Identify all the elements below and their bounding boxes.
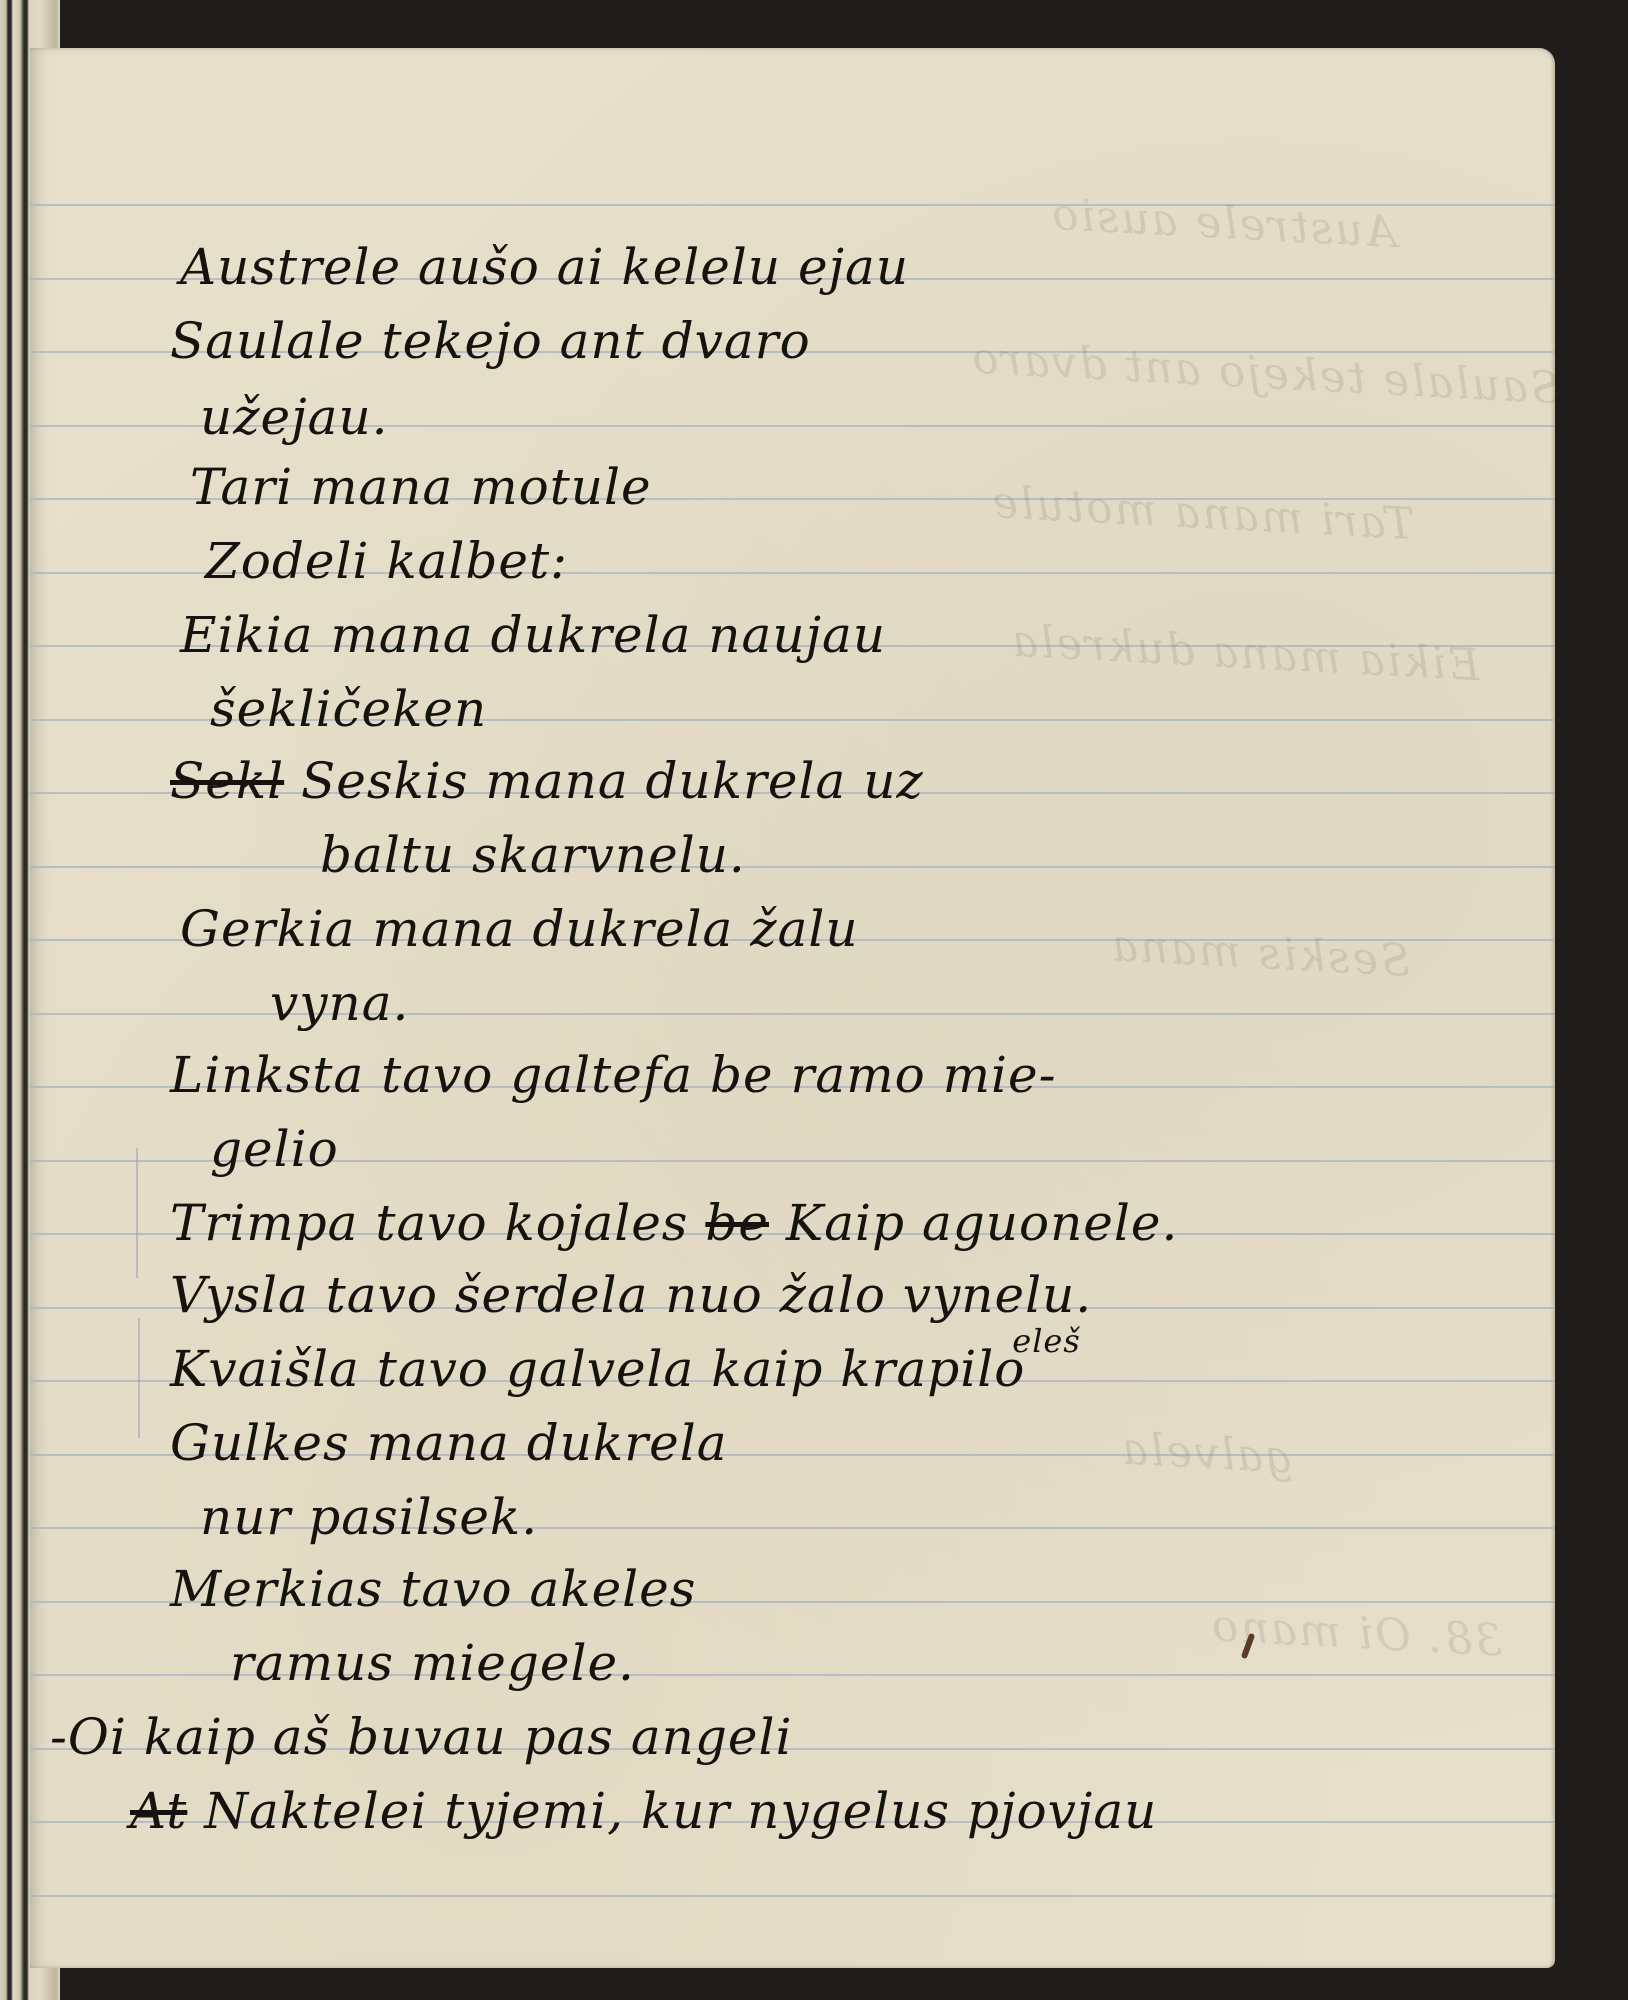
struck-word: Sekl — [170, 752, 284, 810]
bleed-through-text: galvela — [1119, 1423, 1295, 1483]
handwritten-line: gelio — [210, 1124, 339, 1174]
handwritten-line: užejau. — [200, 392, 389, 442]
handwritten-line: šekličeken — [210, 684, 487, 734]
line-text: Trimpa tavo kojales — [170, 1194, 688, 1252]
handwritten-line: Sekl Seskis mana dukrela uz — [170, 756, 924, 806]
handwritten-line: Zodeli kalbet: — [205, 536, 568, 586]
margin-mark — [138, 1318, 140, 1438]
bleed-through-text: Austrele ausio — [1049, 189, 1398, 258]
line-text: Seskis mana dukrela uz — [301, 752, 924, 810]
ruled-line — [30, 1013, 1555, 1015]
handwritten-line: -Oi kaip aš buvau pas angeli — [50, 1712, 792, 1762]
handwritten-line: vyna. — [270, 978, 409, 1028]
ruled-line — [30, 866, 1555, 868]
bleed-through-text: Eikia mana dukrela — [1009, 616, 1481, 692]
notebook-page: Austrele ausio Saulale tekejo ant dvaro … — [30, 48, 1555, 1968]
correction-text: eleš — [1012, 1322, 1081, 1360]
handwritten-line: nur pasilsek. — [200, 1492, 538, 1542]
handwritten-line: baltu skarvnelu. — [320, 830, 746, 880]
handwritten-line: Kvaišla tavo galvela kaip krapilo eleš — [170, 1344, 1111, 1394]
handwritten-line: Eikia mana dukrela naujau — [180, 610, 886, 660]
bleed-through-text: Saulale tekejo ant dvaro — [969, 333, 1555, 415]
handwritten-line: Saulale tekejo ant dvaro — [170, 316, 811, 366]
handwritten-line: Gerkia mana dukrela žalu — [180, 904, 859, 954]
bleed-through-text: Tari mana motule — [989, 477, 1415, 550]
line-text: Naktelei tyjemi, kur nygelus pjovjau — [204, 1782, 1157, 1840]
handwritten-line: Tari mana motule — [190, 462, 652, 512]
handwritten-line: ramus miegele. — [230, 1638, 635, 1688]
margin-mark — [136, 1148, 138, 1278]
scan-background-top — [0, 0, 1628, 48]
handwritten-line: Austrele aušo ai kelelu ejau — [180, 242, 909, 292]
ruled-line — [30, 1895, 1555, 1897]
bleed-through-text: Seskis mana — [1109, 920, 1412, 987]
handwritten-line: Merkias tavo akeles — [170, 1564, 696, 1614]
line-text: Kvaišla tavo galvela kaip krapilo — [170, 1340, 1025, 1398]
line-text: Kaip aguonele. — [786, 1194, 1178, 1252]
handwritten-line: Gulkes mana dukrela — [170, 1418, 728, 1468]
struck-word: be — [705, 1194, 769, 1252]
struck-word: At — [130, 1782, 187, 1840]
handwritten-line: Trimpa tavo kojales be Kaip aguonele. — [170, 1198, 1178, 1248]
handwritten-line: Linksta tavo galtefa be ramo mie- — [170, 1050, 1057, 1100]
handwritten-line: Vysla tavo šerdela nuo žalo vynelu. — [170, 1270, 1092, 1320]
handwritten-line: At Naktelei tyjemi, kur nygelus pjovjau — [130, 1786, 1157, 1836]
